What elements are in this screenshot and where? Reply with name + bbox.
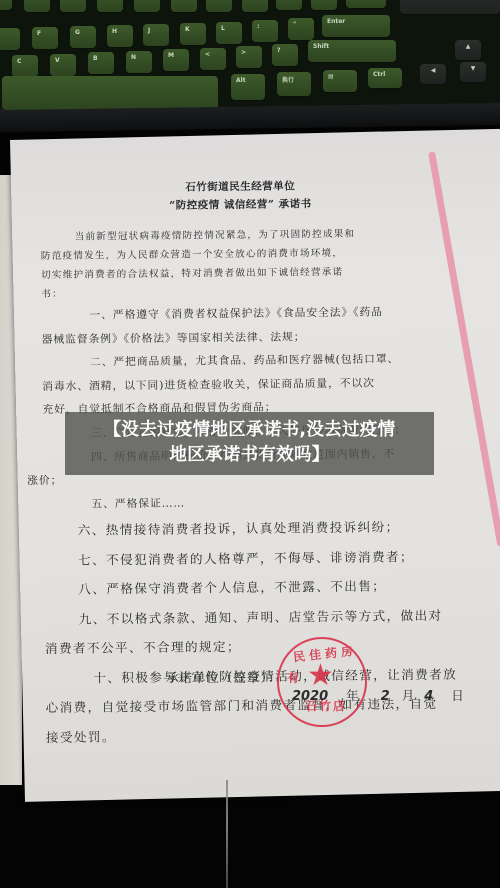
keyboard: R T Y U I O P { } | D F G H J K L : " En… bbox=[0, 0, 500, 125]
key-shift: Shift bbox=[308, 40, 396, 62]
pledge-line: 一、严格遵守《消费者权益保护法》《食品安全法》《药品 bbox=[41, 300, 441, 328]
date-month-label: 月 bbox=[402, 688, 415, 703]
key-comma: < bbox=[200, 48, 226, 70]
date-day: 4 bbox=[424, 689, 433, 704]
table-seam bbox=[226, 780, 228, 888]
key-h: H bbox=[107, 25, 133, 47]
photo-scene: R T Y U I O P { } | D F G H J K L : " En… bbox=[0, 0, 500, 888]
pledge-items-large: 六、热情接待消费者投诉，认真处理消费投诉纠纷； 七、不侵犯消费者的人格尊严，不侮… bbox=[44, 512, 446, 752]
signature-date: 2020 年 2 月 4 日 bbox=[292, 686, 464, 704]
pledge-line: 接受处罚。 bbox=[46, 719, 446, 753]
key-y: Y bbox=[97, 0, 123, 12]
date-year: 2020 bbox=[292, 689, 328, 704]
key-v: V bbox=[50, 54, 76, 76]
key-slash: ? bbox=[272, 44, 298, 66]
key-g: G bbox=[70, 26, 96, 48]
key-arrow-up: ▲ bbox=[455, 40, 481, 60]
key-menu: ▤ bbox=[323, 70, 357, 92]
key-alt: Alt bbox=[231, 74, 265, 100]
key-k: K bbox=[180, 23, 206, 45]
key bbox=[0, 0, 12, 10]
pledge-line: 六、热情接待消费者投诉，认真处理消费投诉纠纷； bbox=[44, 512, 444, 546]
key-i: I bbox=[171, 0, 197, 12]
key-semicolon: : bbox=[252, 20, 278, 42]
date-month: 2 bbox=[381, 689, 390, 704]
key-p: P bbox=[242, 0, 268, 12]
key-arrow-down: ▼ bbox=[460, 62, 486, 82]
key-arrow-left: ◀ bbox=[420, 64, 446, 84]
keyboard-frame: R T Y U I O P { } | D F G H J K L : " En… bbox=[0, 0, 500, 116]
pledge-items: 一、严格遵守《消费者权益保护法》《食品安全法》《药品 器械监督条例》《价格法》等… bbox=[41, 300, 443, 517]
key-j: J bbox=[143, 24, 169, 46]
key-enter: Enter bbox=[322, 15, 390, 37]
caption-line-1: 【没去过疫情地区承诺书,没去过疫情 bbox=[65, 418, 434, 443]
key-o: O bbox=[206, 0, 232, 12]
key-backslash: | bbox=[346, 0, 386, 8]
caption-line-2: 地区承诺书有效吗】 bbox=[65, 443, 434, 468]
pledge-line: 七、不侵犯消费者的人格尊严，不侮辱、诽谤消费者； bbox=[44, 542, 444, 576]
date-day-label: 日 bbox=[451, 688, 464, 703]
key-u: U bbox=[134, 0, 160, 12]
key-ctrl: Ctrl bbox=[368, 68, 402, 88]
intro-paragraph: 当前新型冠状病毒疫情防控情况紧急，为了巩固防控成果和 防范疫情发生，为人民群众营… bbox=[41, 224, 442, 304]
key-quote: " bbox=[288, 18, 314, 40]
caption-banner: 【没去过疫情地区承诺书,没去过疫情 地区承诺书有效吗】 bbox=[65, 412, 434, 475]
key-ime: 换行 bbox=[277, 72, 311, 96]
seal-left-text: 有 bbox=[287, 669, 299, 686]
date-year-label: 年 bbox=[346, 688, 359, 703]
pledge-line: 八、严格保守消费者个人信息，不泄露、不出售； bbox=[44, 571, 444, 605]
key-r: R bbox=[24, 0, 50, 12]
pledge-line: 九、不以格式条款、通知、声明、店堂告示等方式，做出对 bbox=[45, 601, 445, 635]
key-b: B bbox=[88, 52, 114, 74]
key-l: L bbox=[216, 22, 242, 44]
key-c: C bbox=[12, 55, 38, 77]
signature-label: 承诺单位（签章）： bbox=[166, 668, 281, 686]
key-period: > bbox=[236, 46, 262, 68]
key-f: F bbox=[32, 27, 58, 49]
key-t: T bbox=[60, 0, 86, 12]
key-n: N bbox=[126, 51, 152, 73]
key-space bbox=[2, 76, 218, 110]
key-d: D bbox=[0, 28, 20, 50]
pledge-line: 消费者不公平、不合理的规定； bbox=[45, 630, 445, 664]
key-block bbox=[400, 0, 500, 14]
key-m: M bbox=[163, 49, 189, 71]
red-seal-stamp: 民佳药房 有 ★ 石竹店 bbox=[277, 637, 367, 727]
key-bracket-right: } bbox=[311, 0, 337, 10]
key-bracket-left: { bbox=[276, 0, 302, 10]
pledge-line: 二、严把商品质量，尤其食品、药品和医疗器械(包括口罩、 bbox=[42, 347, 442, 375]
document-subtitle: “防控疫情 诚信经营” 承诺书 bbox=[40, 194, 440, 216]
